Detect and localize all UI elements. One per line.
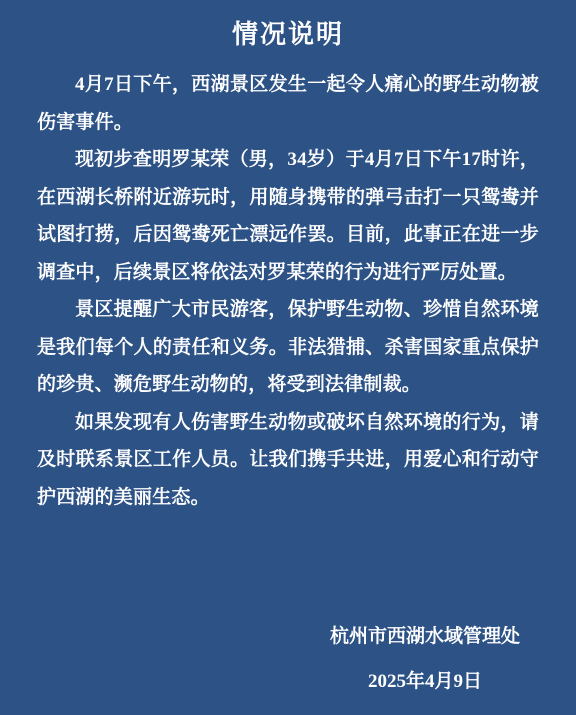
signature-block: 杭州市西湖水域管理处 2025年4月9日 <box>0 614 576 704</box>
signature-date: 2025年4月9日 <box>330 659 520 704</box>
signature-organization: 杭州市西湖水域管理处 <box>330 614 520 659</box>
notice-paragraph-2: 现初步查明罗某荣（男，34岁）于4月7日下午17时许，在西湖长桥附近游玩时，用随… <box>37 141 539 291</box>
notice-title: 情况说明 <box>0 0 576 51</box>
notice-paragraph-1: 4月7日下午，西湖景区发生一起令人痛心的野生动物被伤害事件。 <box>37 66 539 141</box>
notice-page: 情况说明 4月7日下午，西湖景区发生一起令人痛心的野生动物被伤害事件。 现初步查… <box>0 0 576 715</box>
notice-paragraph-3: 景区提醒广大市民游客，保护野生动物、珍惜自然环境是我们每个人的责任和义务。非法猎… <box>37 291 539 404</box>
notice-paragraph-4: 如果发现有人伤害野生动物或破坏自然环境的行为，请及时联系景区工作人员。让我们携手… <box>37 404 539 517</box>
notice-body: 4月7日下午，西湖景区发生一起令人痛心的野生动物被伤害事件。 现初步查明罗某荣（… <box>37 66 539 516</box>
signature-inner: 杭州市西湖水域管理处 2025年4月9日 <box>330 614 520 704</box>
